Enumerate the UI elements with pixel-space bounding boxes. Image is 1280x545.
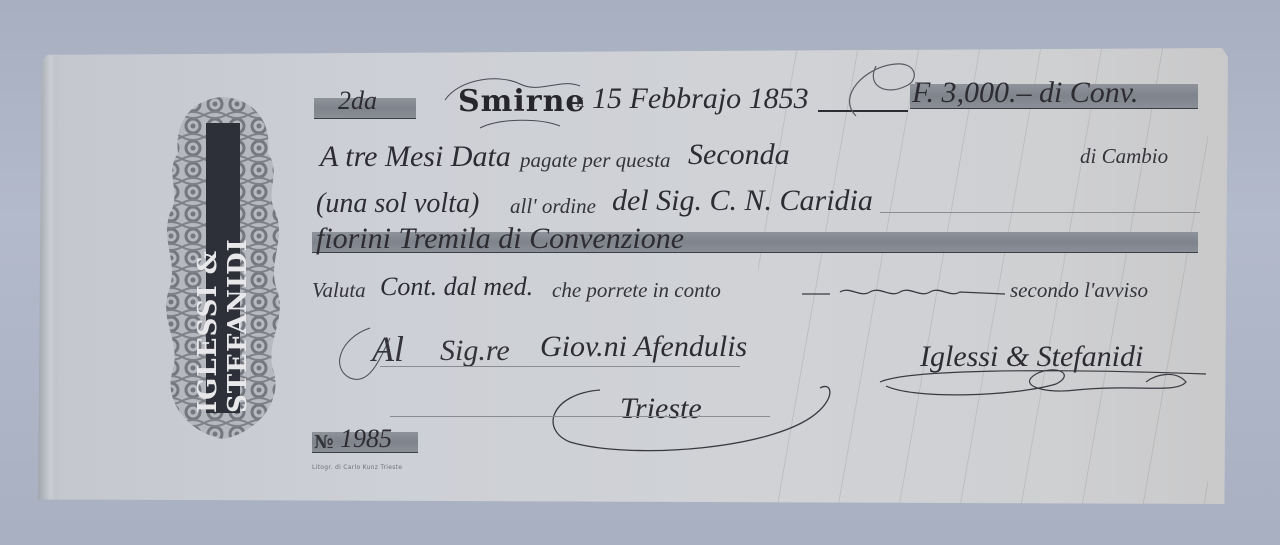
payee-rule: [880, 212, 1200, 213]
amount-words-handwritten: fiorini Tremila di Convenzione: [316, 222, 684, 256]
porrete-printed: che porrete in conto: [552, 278, 721, 303]
ordine-printed: all' ordine: [510, 194, 596, 219]
place-printed: Smirne: [458, 84, 586, 119]
drawee-name-handwritten: Giov.ni Afendulis: [540, 330, 747, 364]
number-prefix: №: [314, 432, 334, 453]
una-sol-volta: (una sol volta): [316, 188, 479, 220]
pagate-printed: pagate per questa: [520, 148, 670, 173]
signature-flourish-icon: [876, 360, 1216, 410]
valuta-handwritten: Cont. dal med.: [380, 272, 533, 302]
sig-printed: Sig.re: [440, 334, 510, 368]
firm-cartouche: IGLESSI & STEFANIDI: [160, 93, 286, 443]
firm-name-label: IGLESSI & STEFANIDI: [206, 123, 240, 413]
number-value-handwritten: 1985: [340, 424, 392, 454]
term-handwritten: A tre Mesi Data: [320, 140, 511, 174]
al-printed: Al: [372, 328, 404, 370]
filler-squiggle-icon: [800, 282, 1010, 302]
li-label: li: [576, 96, 584, 111]
city-rule: [390, 416, 770, 417]
drawee-city-handwritten: Trieste: [620, 392, 702, 426]
payee-handwritten: del Sig. C. N. Caridia: [612, 184, 873, 218]
printer-imprint: Litogr. di Carlo Kunz Trieste: [312, 464, 402, 471]
valuta-printed: Valuta: [312, 278, 366, 303]
cambio-printed: di Cambio: [1080, 144, 1168, 169]
copy-number-handwritten: Seconda: [688, 138, 790, 172]
drawee-rule: [380, 366, 740, 367]
amount-figures: F. 3,000.– di Conv.: [912, 76, 1138, 110]
avviso-printed: secondo l'avviso: [1010, 278, 1148, 303]
date-handwritten: 15 Febbrajo 1853: [592, 82, 809, 116]
copy-marker: 2da: [338, 86, 377, 116]
